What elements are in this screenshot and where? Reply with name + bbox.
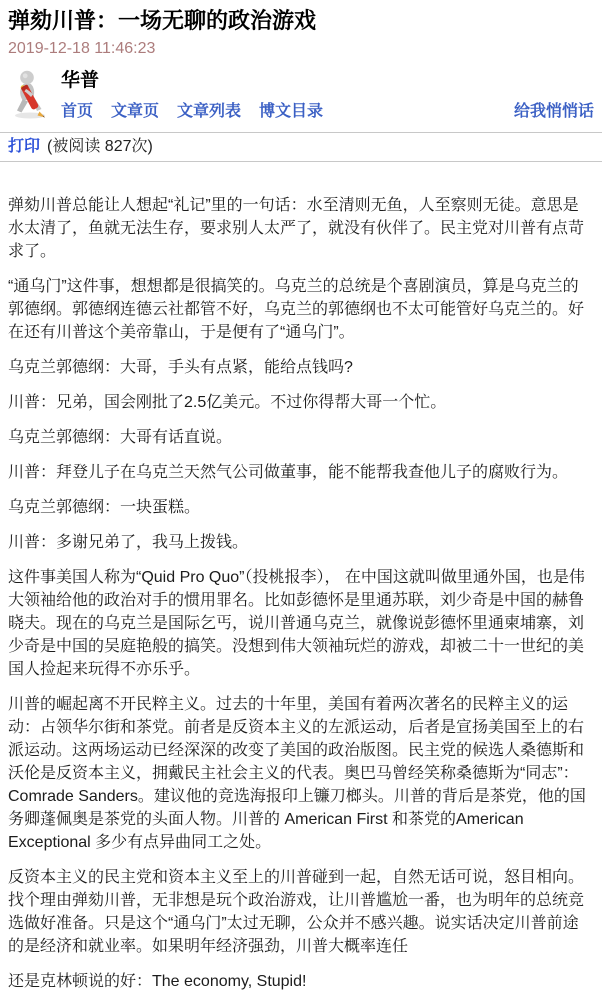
nav-link[interactable]: 文章列表 [177,102,241,122]
author-avatar[interactable] [12,69,49,119]
article-paragraph: 还是克林顿说的好：The economy, Stupid! [8,970,594,993]
post-header: 弹劾川普：一场无聊的政治游戏 2019-12-18 11:46:23 [0,0,602,132]
article-body: 弹劾川普总能让人想起“礼记”里的一句话：水至清则无鱼，人至察则无徒。意思是水太清… [0,162,602,993]
print-link[interactable]: 打印 [8,138,40,156]
nav-link[interactable]: 首页 [61,102,93,122]
figure-with-red-pencil-icon [12,69,49,119]
author-name: 华普 [61,69,594,93]
article-paragraph: 川普：拜登儿子在乌克兰天然气公司做董事，能不能帮我查他儿子的腐败行为。 [8,461,594,484]
article-paragraph: 川普：兄弟，国会刚批了2.5亿美元。不过你得帮大哥一个忙。 [8,391,594,414]
send-private-message-link[interactable]: 给我悄悄话 [514,102,594,122]
article-paragraph: 这件事美国人称为“Quid Pro Quo”（投桃报李）， 在中国这就叫做里通外… [8,566,594,681]
page-title: 弹劾川普：一场无聊的政治游戏 [8,8,594,34]
article-paragraph: 川普：多谢兄弟了，我马上拨钱。 [8,531,594,554]
article-paragraph: 乌克兰郭德纲：大哥有话直说。 [8,426,594,449]
print-toolbar: 打印 (被阅读 827次) [0,133,602,161]
article-paragraph: “通乌门”这件事，想想都是很搞笑的。乌克兰的总统是个喜剧演员，算是乌克兰的郭德纲… [8,275,594,344]
nav-link[interactable]: 博文目录 [259,102,323,122]
nav-link[interactable]: 文章页 [111,102,159,122]
nav-links: 首页 文章页 文章列表 博文目录 [61,102,323,122]
author-block: 华普 首页 文章页 文章列表 博文目录 给我悄悄话 [8,69,594,122]
article-paragraph: 弹劾川普总能让人想起“礼记”里的一句话：水至清则无鱼，人至察则无徒。意思是水太清… [8,194,594,263]
blog-post-page: 弹劾川普：一场无聊的政治游戏 2019-12-18 11:46:23 [0,0,602,1000]
read-count: (被阅读 827次) [47,138,153,156]
article-paragraph: 川普的崛起离不开民粹主义。过去的十年里，美国有着两次著名的民粹主义的运动：占领华… [8,693,594,854]
post-date: 2019-12-18 11:46:23 [8,39,594,59]
article-paragraph: 乌克兰郭德纲：一块蛋糕。 [8,496,594,519]
author-column: 华普 首页 文章页 文章列表 博文目录 给我悄悄话 [61,69,594,122]
article-paragraph: 反资本主义的民主党和资本主义至上的川普碰到一起，自然无话可说，怒目相向。找个理由… [8,866,594,958]
article-paragraph: 乌克兰郭德纲：大哥，手头有点紧，能给点钱吗? [8,356,594,379]
blog-nav: 首页 文章页 文章列表 博文目录 给我悄悄话 [61,102,594,122]
